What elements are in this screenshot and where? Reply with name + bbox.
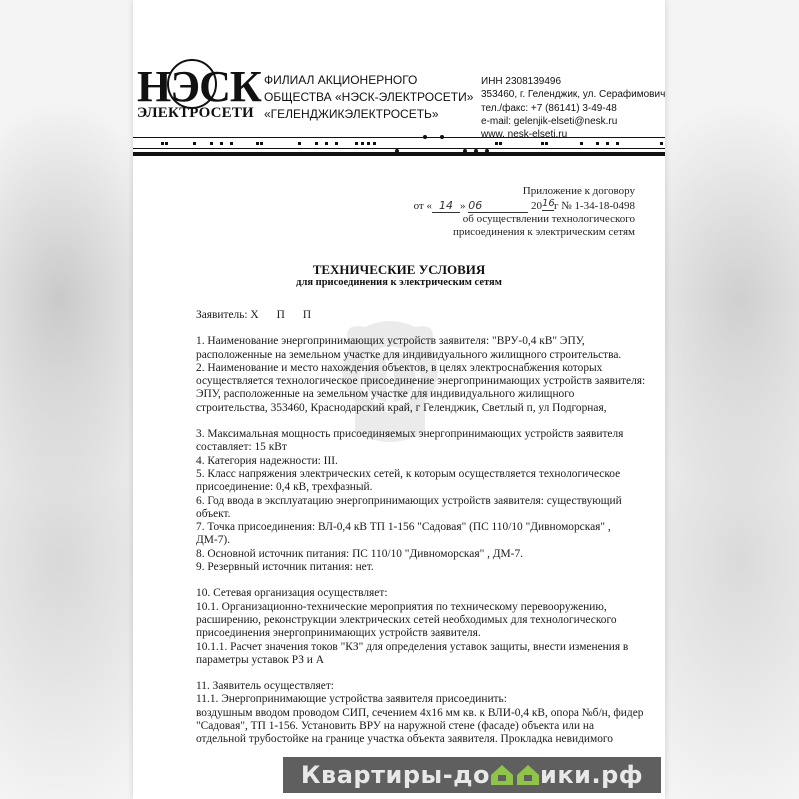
nesk-logo: НЭСК ЭЛЕКТРОСЕТИ <box>137 63 257 123</box>
condition-item: 6. Год ввода в эксплуатацию энергоприним… <box>196 495 646 522</box>
divider-dot <box>161 142 164 145</box>
divider-insulator <box>440 135 444 139</box>
divider-dot <box>335 142 338 145</box>
divider-insulator <box>423 135 427 139</box>
condition-item: 11. Заявитель осуществляет: <box>196 680 646 693</box>
condition-item: 4. Категория надежности: III. <box>196 455 646 468</box>
appendix-title: Приложение к договору <box>414 185 635 198</box>
divider-dot <box>580 142 583 145</box>
divider-dot <box>256 142 259 145</box>
divider-dot <box>361 142 364 145</box>
divider-dot <box>355 142 358 145</box>
condition-item: 2. Наименование и место нахождения объек… <box>196 362 646 415</box>
banner-text-left: Квартиры-до <box>301 761 490 789</box>
applicant-initial: П <box>277 309 285 322</box>
paragraph-gap <box>196 574 646 587</box>
org-name-line: ОБЩЕСТВА «НЭСК-ЭЛЕКТРОСЕТИ» <box>264 89 473 106</box>
divider-dot <box>325 142 328 145</box>
divider-dot <box>193 142 196 145</box>
divider-insulator <box>474 149 478 153</box>
divider-dot <box>220 142 223 145</box>
website: www. nesk-elseti.ru <box>481 128 665 141</box>
handwritten-year: 16 <box>542 198 554 212</box>
condition-item: 10.1.1. Расчет значения токов "КЗ" для о… <box>196 641 646 668</box>
address: 353460, г. Геленджик, ул. Серафимовича, … <box>481 88 665 101</box>
appendix-reference: Приложение к договору от «14» 06 2016г №… <box>414 185 635 238</box>
org-name-line: «ГЕЛЕНДЖИКЭЛЕКТРОСЕТЬ» <box>264 106 473 123</box>
divider-dot <box>616 142 619 145</box>
divider-line <box>133 148 665 149</box>
site-banner: Квартиры-доики.рф <box>283 757 661 793</box>
condition-item: 11.1. Энергопринимающие устройства заяви… <box>196 693 646 706</box>
condition-item: 10.1. Организационно-технические меропри… <box>196 601 646 641</box>
divider-dot <box>210 142 213 145</box>
phone: тел./факс: +7 (86141) 3-49-48 <box>481 102 665 115</box>
divider-insulator <box>395 149 399 153</box>
contact-info: ИНН 2308139496 353460, г. Геленджик, ул.… <box>481 75 665 141</box>
paragraph-gap <box>196 667 646 680</box>
house-icon <box>490 764 540 786</box>
handwritten-month: 06 <box>468 200 528 214</box>
condition-item: 3. Максимальная мощность присоединяемых … <box>196 428 646 455</box>
condition-item: 5. Класс напряжения электрических сетей,… <box>196 468 646 495</box>
appendix-line: присоединения к электрическим сетям <box>414 226 635 239</box>
applicant-line: Заявитель: ХПП <box>196 309 646 322</box>
condition-item: 8. Основной источник питания: ПС 110/10 … <box>196 548 646 561</box>
divider-dot <box>660 142 663 145</box>
document-page: НЭСК ЭЛЕКТРОСЕТИ ФИЛИАЛ АКЦИОНЕРНОГО ОБЩ… <box>133 0 665 799</box>
divider-line <box>133 137 665 138</box>
date-quote: » <box>460 200 466 212</box>
org-name-line: ФИЛИАЛ АКЦИОНЕРНОГО <box>264 72 473 89</box>
divider-dot <box>495 142 498 145</box>
divider-dot <box>260 142 263 145</box>
divider-dot <box>545 142 548 145</box>
divider-dot <box>596 142 599 145</box>
applicant-initial: П <box>303 309 311 322</box>
divider-dot <box>165 142 168 145</box>
date-prefix: от « <box>414 200 432 212</box>
condition-item: 1. Наименование энергопринимающих устрой… <box>196 335 646 362</box>
divider-dot <box>298 142 301 145</box>
divider-insulator <box>463 149 467 153</box>
logo-main-text: НЭСК <box>137 67 261 107</box>
condition-item: 7. Точка присоединения: ВЛ-0,4 кВ ТП 1-1… <box>196 521 646 548</box>
document-body: Заявитель: ХПП 1. Наименование энергопри… <box>196 309 646 747</box>
contract-number: г № 1-34-18-0498 <box>554 200 635 212</box>
paragraph-gap <box>196 415 646 428</box>
divider-dot <box>315 142 318 145</box>
condition-item: воздушным вводом проводом СИП, сечением … <box>196 707 646 747</box>
document-subtitle: для присоединения к электрическим сетям <box>133 277 665 288</box>
document-title: ТЕХНИЧЕСКИЕ УСЛОВИЯ <box>133 262 665 278</box>
divider-dot <box>541 142 544 145</box>
divider-insulator <box>485 149 489 153</box>
divider-dot <box>373 142 376 145</box>
banner-text-right: ики.рф <box>540 761 643 789</box>
handwritten-day: 14 <box>432 200 460 214</box>
applicant-label: Заявитель: Х <box>196 309 259 322</box>
divider-line-thick <box>133 152 665 156</box>
appendix-line: об осуществлении технологического <box>414 213 635 226</box>
appendix-date-line: от «14» 06 2016г № 1-34-18-0498 <box>414 198 635 214</box>
divider-dot <box>230 142 233 145</box>
conditions-list: 1. Наименование энергопринимающих устрой… <box>196 335 646 746</box>
organization-name: ФИЛИАЛ АКЦИОНЕРНОГО ОБЩЕСТВА «НЭСК-ЭЛЕКТ… <box>264 72 473 123</box>
inn: ИНН 2308139496 <box>481 75 665 88</box>
year-prefix: 20 <box>531 200 542 212</box>
divider-dot <box>606 142 609 145</box>
condition-item: 10. Сетевая организация осуществляет: <box>196 587 646 600</box>
email: e-mail: gelenjik-elseti@nesk.ru <box>481 115 665 128</box>
divider-dot <box>499 142 502 145</box>
logo-sub-text: ЭЛЕКТРОСЕТИ <box>137 105 254 122</box>
divider-dot <box>367 142 370 145</box>
condition-item: 9. Резервный источник питания: нет. <box>196 561 646 574</box>
